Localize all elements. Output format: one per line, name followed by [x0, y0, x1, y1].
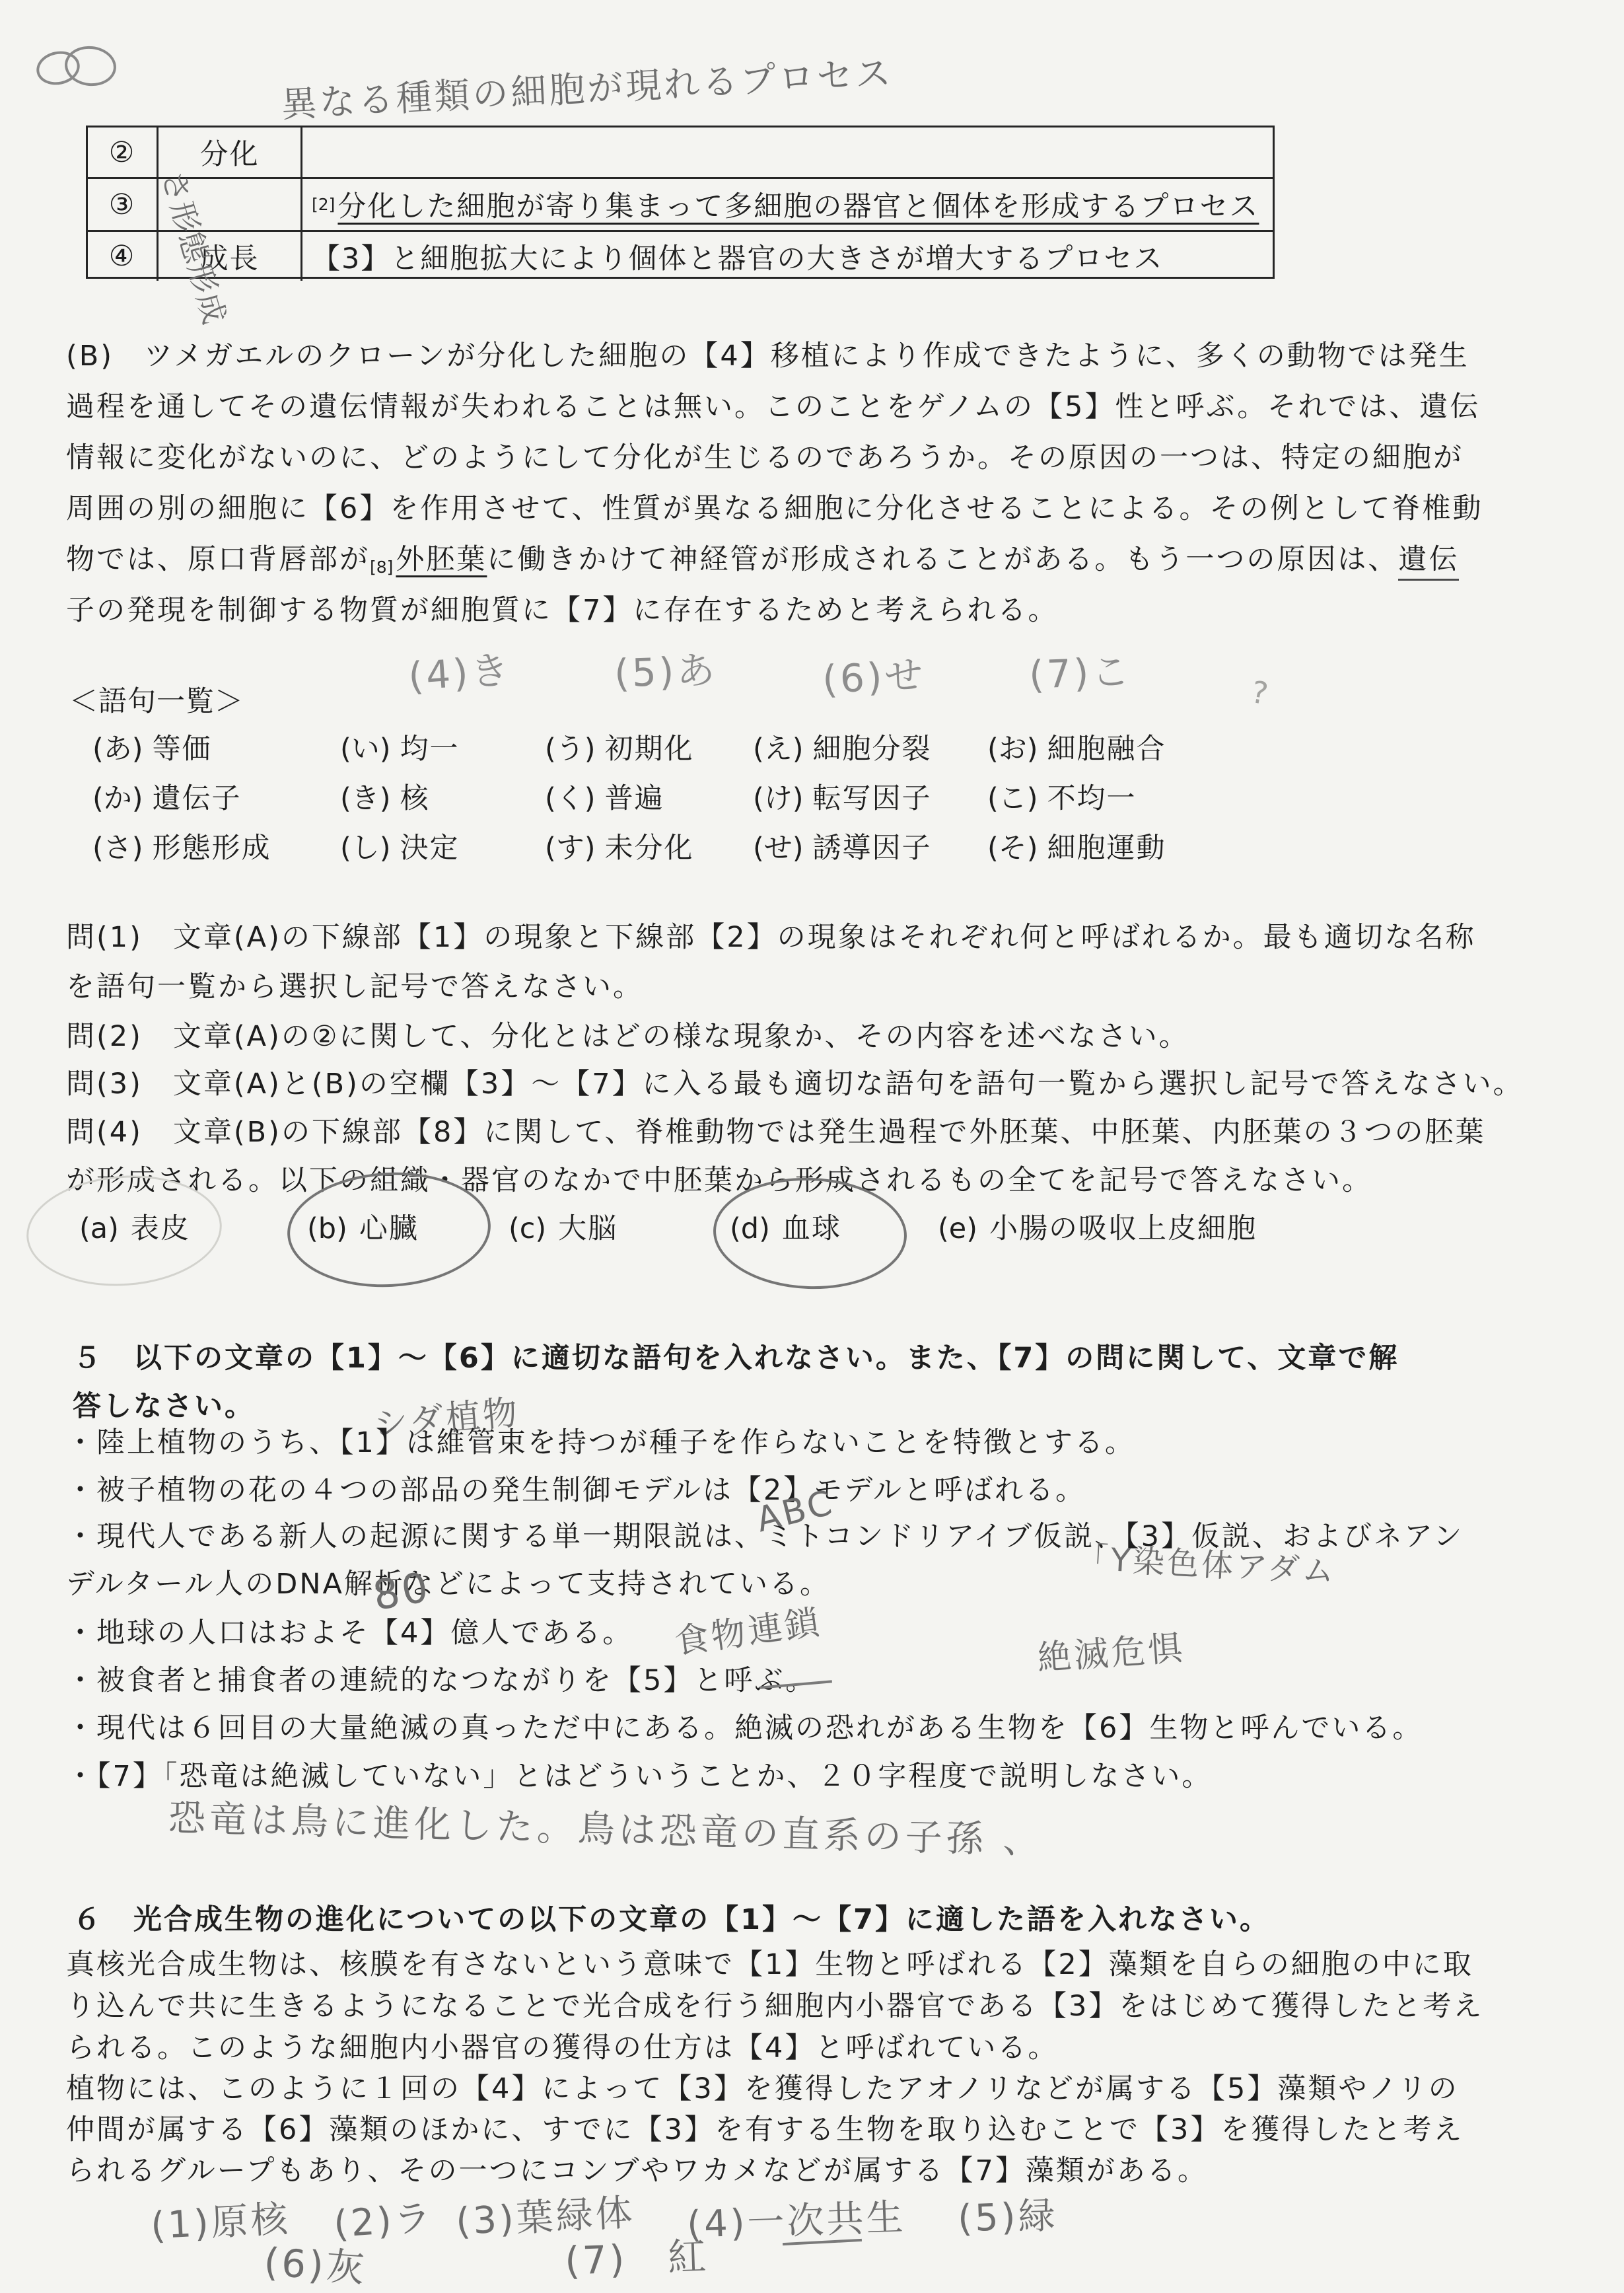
paragraph-b-line-4: 周囲の別の細胞に【6】を作用させて、性質が異なる細胞に分化させることによる。その… [66, 486, 1483, 527]
table-row4-number: ④ [88, 232, 159, 281]
word-item-u: (う)初期化 [545, 727, 694, 767]
question-1-line-2: を語句一覧から選択し記号で答えなさい。 [66, 965, 643, 1005]
word-item-so: (そ)細胞運動 [987, 826, 1166, 866]
word-item-o: (お)細胞融合 [987, 727, 1166, 767]
handwritten-answer-4: (4)き [406, 639, 513, 702]
handwritten-answer-7: (7)こ [1028, 640, 1133, 699]
section5-bullet-1: ・陸上植物のうち、【1】は維管束を持つが種子を作らないことを特徴とする。 [66, 1420, 1135, 1461]
word-key: (し) [340, 832, 400, 865]
reference-mark-8: [8] [370, 558, 396, 577]
option-key: (c) [509, 1212, 558, 1245]
word-item-i: (い)均一 [340, 727, 460, 767]
paragraph-b-line-6: 子の発現を制御する物質が細胞質に【7】に存在するためと考えられる。 [66, 588, 1058, 628]
handwritten-table-row2-answer: 異なる種類の細胞が現れるプロセス [280, 45, 895, 127]
paragraph-b-line-3: 情報に変化がないのに、どのようにして分化が生じるのであろうか。その原因の一つは、… [66, 435, 1464, 476]
paragraph-b-line5-mid: に働きかけて神経管が形成されることがある。もう一つの原因は、 [487, 543, 1398, 576]
word-label: 核 [400, 782, 430, 815]
question-2: 問(2) 文章(A)の②に関して、分化とはどの様な現象か、その内容を述べなさい。 [66, 1014, 1189, 1054]
section5-bullet-5: ・被食者と捕食者の連続的なつながりを【5】と呼ぶ。 [66, 1658, 816, 1698]
word-key: (え) [753, 733, 813, 766]
underlined-iden: 遺伝 [1398, 543, 1459, 581]
handwritten-answer-5: (5)あ [614, 639, 719, 698]
word-label: 転写因子 [813, 782, 932, 815]
section5-header-line-1: ５ 以下の文章の【1】～【6】に適切な語句を入れなさい。また、【7】の問に関して… [73, 1336, 1399, 1376]
section5-bullet-3-line-2: デルタール人のDNA解析などによって支持されている。 [66, 1562, 830, 1602]
word-label: 形態形成 [153, 832, 271, 865]
handwritten-sec6-answer-7: (7) 紅 [564, 2225, 710, 2286]
word-key: (き) [340, 782, 400, 815]
table-row3-desc-text: 分化した細胞が寄り集まって多細胞の器官と個体を形成するプロセス [337, 184, 1259, 225]
word-key: (か) [92, 782, 153, 815]
table-row3-number: ③ [88, 179, 159, 232]
word-key: (け) [753, 782, 813, 815]
section6-line-6: られるグループもあり、その一つにコンブやワカメなどが属する【7】藻類がある。 [66, 2148, 1208, 2189]
section5-bullet-7: ・【7】「恐竜は絶滅していない」とはどういうことか、２０字程度で説明しなさい。 [66, 1754, 1212, 1794]
word-label: 普遍 [605, 782, 664, 815]
option-label: 小腸の吸収上皮細胞 [989, 1212, 1257, 1245]
table-row4-desc: 【3】と細胞拡大により個体と器官の大きさが増大するプロセス [302, 232, 1275, 281]
paragraph-b-line-2: 過程を通してその遺伝情報が失われることは無い。このことをゲノムの【5】性と呼ぶ。… [66, 384, 1480, 425]
question-1-line-1: 問(1) 文章(A)の下線部【1】の現象と下線部【2】の現象はそれぞれ何と呼ばれ… [66, 915, 1476, 955]
word-item-se: (せ)誘導因子 [753, 826, 932, 866]
paragraph-b-line5-pre: 物では、原口背唇部が [66, 543, 370, 576]
word-label: 遺伝子 [153, 782, 242, 815]
handwritten-shokumotsu-rensa: 食物連鎖 [671, 1594, 824, 1663]
word-item-ki: (き)核 [340, 776, 430, 817]
section6-line-2: り込んで共に生きるようになることで光合成を行う細胞内小器官である【3】をはじめて… [66, 1984, 1483, 2024]
word-item-ko: (こ)不均一 [987, 776, 1137, 817]
section6-header: ６ 光合成生物の進化についての以下の文章の【1】～【7】に適した語を入れなさい。 [73, 1897, 1270, 1938]
handwritten-answer-6: (6)せ [821, 643, 927, 704]
section5-bullet-4: ・地球の人口はおよそ【4】億人である。 [66, 1611, 633, 1651]
word-item-ke: (け)転写因子 [753, 776, 932, 817]
word-key: (さ) [92, 832, 153, 865]
word-item-shi: (し)決定 [340, 826, 460, 866]
word-item-ka: (か)遺伝子 [92, 776, 242, 817]
word-list-title: ＜語句一覧＞ [69, 679, 244, 719]
word-item-ku: (く)普遍 [545, 776, 664, 817]
reference-mark-2: [2] [312, 195, 337, 214]
word-label: 細胞分裂 [813, 733, 932, 766]
word-label: 誘導因子 [813, 832, 932, 865]
word-label: 細胞融合 [1047, 733, 1166, 766]
table-row3-desc: [2] 分化した細胞が寄り集まって多細胞の器官と個体を形成するプロセス [302, 179, 1275, 232]
question-4-line-1: 問(4) 文章(B)の下線部【8】に関して、脊椎動物では発生過程で外胚葉、中胚葉… [66, 1110, 1485, 1150]
table-row2-number: ② [88, 127, 159, 179]
handwritten-dinosaur-answer: 恐竜は鳥に進化した。鳥は恐竜の直系の子孫 、 [168, 1789, 1044, 1865]
word-key: (く) [545, 782, 605, 815]
handwritten-sec6-answer-5: (5)緑 [957, 2186, 1059, 2242]
paragraph-b-line-1: (B) ツメガエルのクローンが分化した細胞の【4】移植により作成できたように、多… [66, 334, 1469, 374]
table-row2-desc [302, 127, 1275, 179]
handwritten-sec6-answer-4: (4)一次共生 [686, 2188, 907, 2249]
handwritten-sec6-answer-6: (6)灰 [262, 2231, 369, 2293]
question-3: 問(3) 文章(A)と(B)の空欄【3】～【7】に入る最も適切な語句を語句一覧か… [66, 1062, 1524, 1102]
word-label: 不均一 [1047, 782, 1137, 815]
underlined-gaihaiyo: 外胚葉 [396, 543, 487, 576]
section6-line-4: 植物には、このように１回の【4】によって【3】を獲得したアオノリなどが属する【5… [66, 2066, 1459, 2107]
option-e: (e)小腸の吸収上皮細胞 [938, 1206, 1257, 1247]
handwritten-zetsumetsu-kigu: 絶滅危惧 [1036, 1620, 1187, 1679]
section6-line-1: 真核光合成生物は、核膜を有さないという意味で【1】生物と呼ばれる【2】藻類を自ら… [66, 1942, 1473, 1983]
word-label: 未分化 [605, 832, 694, 865]
word-key: (あ) [92, 733, 153, 766]
handwritten-question-mark: ? [1249, 674, 1273, 712]
option-label: 大脳 [558, 1212, 618, 1245]
word-key: (そ) [987, 832, 1047, 865]
section5-header-line-2: 答しなさい。 [73, 1384, 255, 1424]
word-key: (す) [545, 832, 605, 865]
scanned-exam-page: ② 分化 ③ [2] 分化した細胞が寄り集まって多細胞の器官と個体を形成するプロ… [0, 0, 1624, 2293]
word-item-e: (え)細胞分裂 [753, 727, 932, 767]
paragraph-b-line-5: 物では、原口背唇部が[8]外胚葉に働きかけて神経管が形成されることがある。もう一… [66, 537, 1459, 577]
section6-line-3: られる。このような細胞内小器官の獲得の仕方は【4】と呼ばれている。 [66, 2025, 1058, 2066]
word-key: (お) [987, 733, 1047, 766]
word-label: 細胞運動 [1047, 832, 1166, 865]
word-key: (う) [545, 733, 605, 766]
word-item-a: (あ)等価 [92, 727, 212, 767]
pencil-scribble-circle-2 [63, 44, 118, 89]
handwritten-population-80: 80 [369, 1562, 434, 1620]
word-key: (せ) [753, 832, 813, 865]
word-key: (こ) [987, 782, 1047, 815]
question-4-line-2: が形成される。以下の組織・器官のなかで中胚葉から形成されるもの全てを記号で答えな… [66, 1158, 1372, 1198]
word-key: (い) [340, 733, 400, 766]
option-key: (e) [938, 1212, 989, 1245]
exam-table: ② 分化 ③ [2] 分化した細胞が寄り集まって多細胞の器官と個体を形成するプロ… [86, 126, 1275, 279]
word-item-sa: (さ)形態形成 [92, 826, 271, 866]
section6-line-5: 仲間が属する【6】藻類のほかに、すでに【3】を有する生物を取り込むことで【3】を… [66, 2107, 1464, 2148]
word-label: 等価 [153, 733, 212, 766]
section5-bullet-2: ・被子植物の花の４つの部品の発生制御モデルは【2】モデルと呼ばれる。 [66, 1468, 1086, 1508]
section5-bullet-6: ・現代は６回目の大量絶滅の真っただ中にある。絶滅の恐れがある生物を【6】生物と呼… [66, 1706, 1423, 1746]
word-label: 均一 [400, 733, 460, 766]
word-item-su: (す)未分化 [545, 826, 694, 866]
word-label: 初期化 [605, 733, 694, 766]
option-c: (c)大脳 [509, 1206, 618, 1247]
word-label: 決定 [400, 832, 460, 865]
